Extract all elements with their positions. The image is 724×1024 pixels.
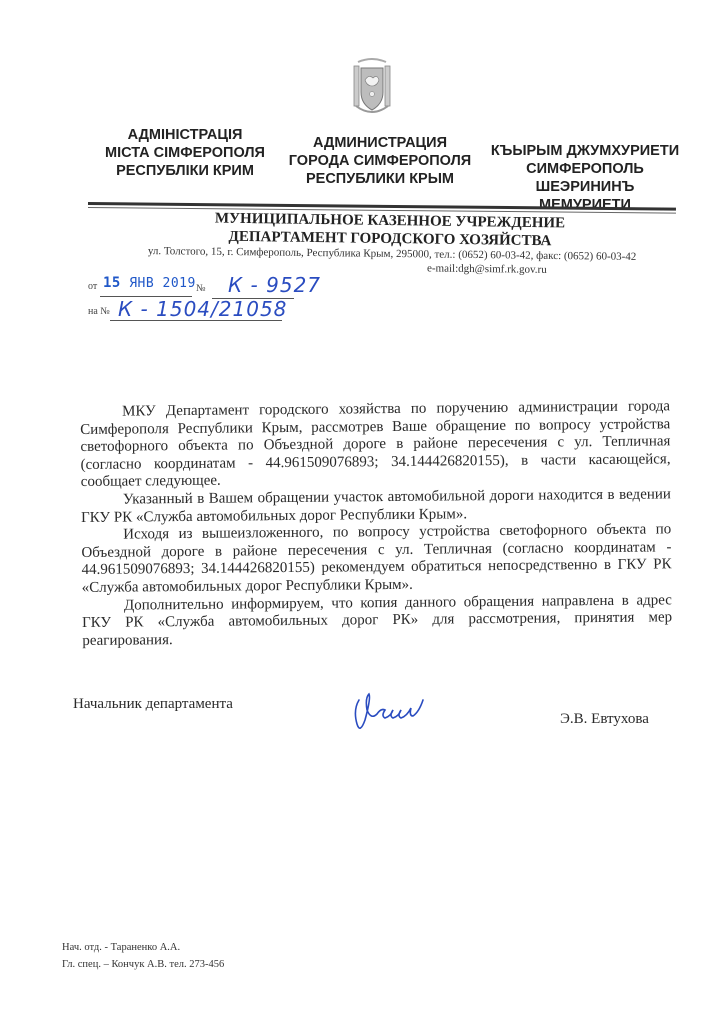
header-line: ШЕЭРИНИНЪ xyxy=(480,178,690,196)
signatory-name: Э.В. Евтухова xyxy=(560,711,649,728)
letterhead-crimean-tatar: КЪЫРЫМ ДЖУМХУРИЕТИ СИМФЕРОПОЛЬ ШЕЭРИНИНЪ… xyxy=(480,142,690,214)
header-line: РЕСПУБЛИКИ КРЫМ xyxy=(280,170,480,188)
organization-contacts: ул. Толстого, 15, г. Симферополь, Респуб… xyxy=(112,244,672,279)
executor-footer: Нач. отд. - Тараненко А.А. Гл. спец. – К… xyxy=(62,939,224,973)
date-label: от xyxy=(88,281,97,292)
number-label: № xyxy=(196,283,206,294)
date-stamp-day: 15 xyxy=(103,275,121,291)
handwritten-signature-icon xyxy=(345,680,465,740)
signatory-title: Начальник департамента xyxy=(73,696,233,713)
body-paragraph: Указанный в Вашем обращении участок авто… xyxy=(81,486,671,527)
crimea-coat-of-arms-icon xyxy=(352,58,392,118)
letterhead-russian: АДМИНИСТРАЦИЯ ГОРОДА СИМФЕРОПОЛЯ РЕСПУБЛ… xyxy=(280,134,480,188)
header-line: РЕСПУБЛІКИ КРИМ xyxy=(85,162,285,180)
body-paragraph: МКУ Департамент городского хозяйства по … xyxy=(80,398,671,492)
header-line: АДМІНІСТРАЦІЯ xyxy=(85,126,285,144)
header-line: ГОРОДА СИМФЕРОПОЛЯ xyxy=(280,152,480,170)
header-line: АДМИНИСТРАЦИЯ xyxy=(280,134,480,152)
footer-line: Гл. спец. – Кончук А.В. тел. 273-456 xyxy=(62,956,224,973)
header-line: МІСТА СІМФЕРОПОЛЯ xyxy=(85,144,285,162)
in-reply-label: на № xyxy=(88,306,110,317)
date-stamp: 15 ЯНВ 2019 xyxy=(103,275,196,291)
date-stamp-month-year: ЯНВ 2019 xyxy=(129,276,196,291)
footer-line: Нач. отд. - Тараненко А.А. xyxy=(62,939,224,956)
header-line: КЪЫРЫМ ДЖУМХУРИЕТИ xyxy=(480,142,690,160)
in-reply-number: К - 1504/21058 xyxy=(118,297,287,321)
letterhead-ukrainian: АДМІНІСТРАЦІЯ МІСТА СІМФЕРОПОЛЯ РЕСПУБЛІ… xyxy=(85,126,285,180)
header-line: СИМФЕРОПОЛЬ xyxy=(480,160,690,178)
letter-body: МКУ Департамент городского хозяйства по … xyxy=(80,398,672,650)
body-paragraph: Дополнительно информируем, что копия дан… xyxy=(82,592,672,650)
body-paragraph: Исходя из вышеизложенного, по вопросу ус… xyxy=(81,521,672,597)
outgoing-number: К - 9527 xyxy=(228,273,321,297)
